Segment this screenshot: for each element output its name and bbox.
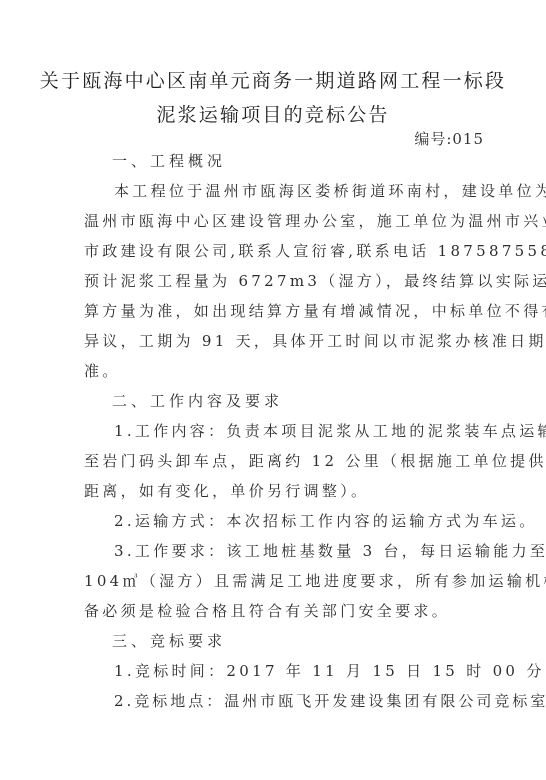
paragraph-line: 104㎥（湿方）且需满足工地进度要求，所有参加运输机械设 bbox=[84, 571, 494, 591]
paragraph-line: 2.运输方式：本次招标工作内容的运输方式为车运。 bbox=[114, 511, 494, 531]
paragraph-line: 预计泥浆工程量为 6727m3（湿方），最终结算以实际运输结 bbox=[84, 271, 494, 291]
paragraph-line: 1.竞标时间：2017 年 11 月 15 日 15 时 00 分 bbox=[114, 661, 494, 681]
paragraph-line: 3.工作要求：该工地桩基数量 3 台，每日运输能力至少 bbox=[114, 541, 494, 561]
paragraph-line: 本工程位于温州市瓯海区娄桥街道环南村，建设单位为 bbox=[114, 181, 494, 201]
paragraph-line: 至岩门码头卸车点，距离约 12 公里（根据施工单位提供的 bbox=[84, 451, 494, 471]
document-number: 编号:015 bbox=[414, 128, 484, 149]
paragraph-line: 市政建设有限公司,联系人宣衍睿,联系电话 18758755842， bbox=[84, 241, 494, 261]
paragraph-line: 准。 bbox=[84, 361, 494, 381]
document-title-line-2: 泥浆运输项目的竞标公告 bbox=[0, 100, 546, 127]
paragraph-line: 1.工作内容：负责本项目泥浆从工地的泥浆装车点运输 bbox=[114, 421, 494, 441]
paragraph-line: 距离，如有变化，单价另行调整）。 bbox=[84, 481, 494, 501]
paragraph-line: 备必须是检验合格且符合有关部门安全要求。 bbox=[84, 601, 494, 621]
document-title-line-1: 关于瓯海中心区南单元商务一期道路网工程一标段 bbox=[0, 66, 546, 93]
paragraph-line: 2.竞标地点：温州市瓯飞开发建设集团有限公司竞标室。 bbox=[114, 691, 494, 711]
paragraph-line: 异议，工期为 91 天，具体开工时间以市泥浆办核准日期为 bbox=[84, 331, 494, 351]
document-page: 关于瓯海中心区南单元商务一期道路网工程一标段 泥浆运输项目的竞标公告 编号:01… bbox=[0, 0, 546, 780]
paragraph-line: 温州市瓯海中心区建设管理办公室，施工单位为温州市兴业 bbox=[84, 211, 494, 231]
section-heading-bidding-requirements: 三、竞标要求 bbox=[112, 631, 522, 651]
section-heading-overview: 一、工程概况 bbox=[112, 151, 522, 171]
section-heading-work-content: 二、工作内容及要求 bbox=[112, 391, 522, 411]
paragraph-line: 算方量为准，如出现结算方量有增减情况，中标单位不得有 bbox=[84, 301, 494, 321]
